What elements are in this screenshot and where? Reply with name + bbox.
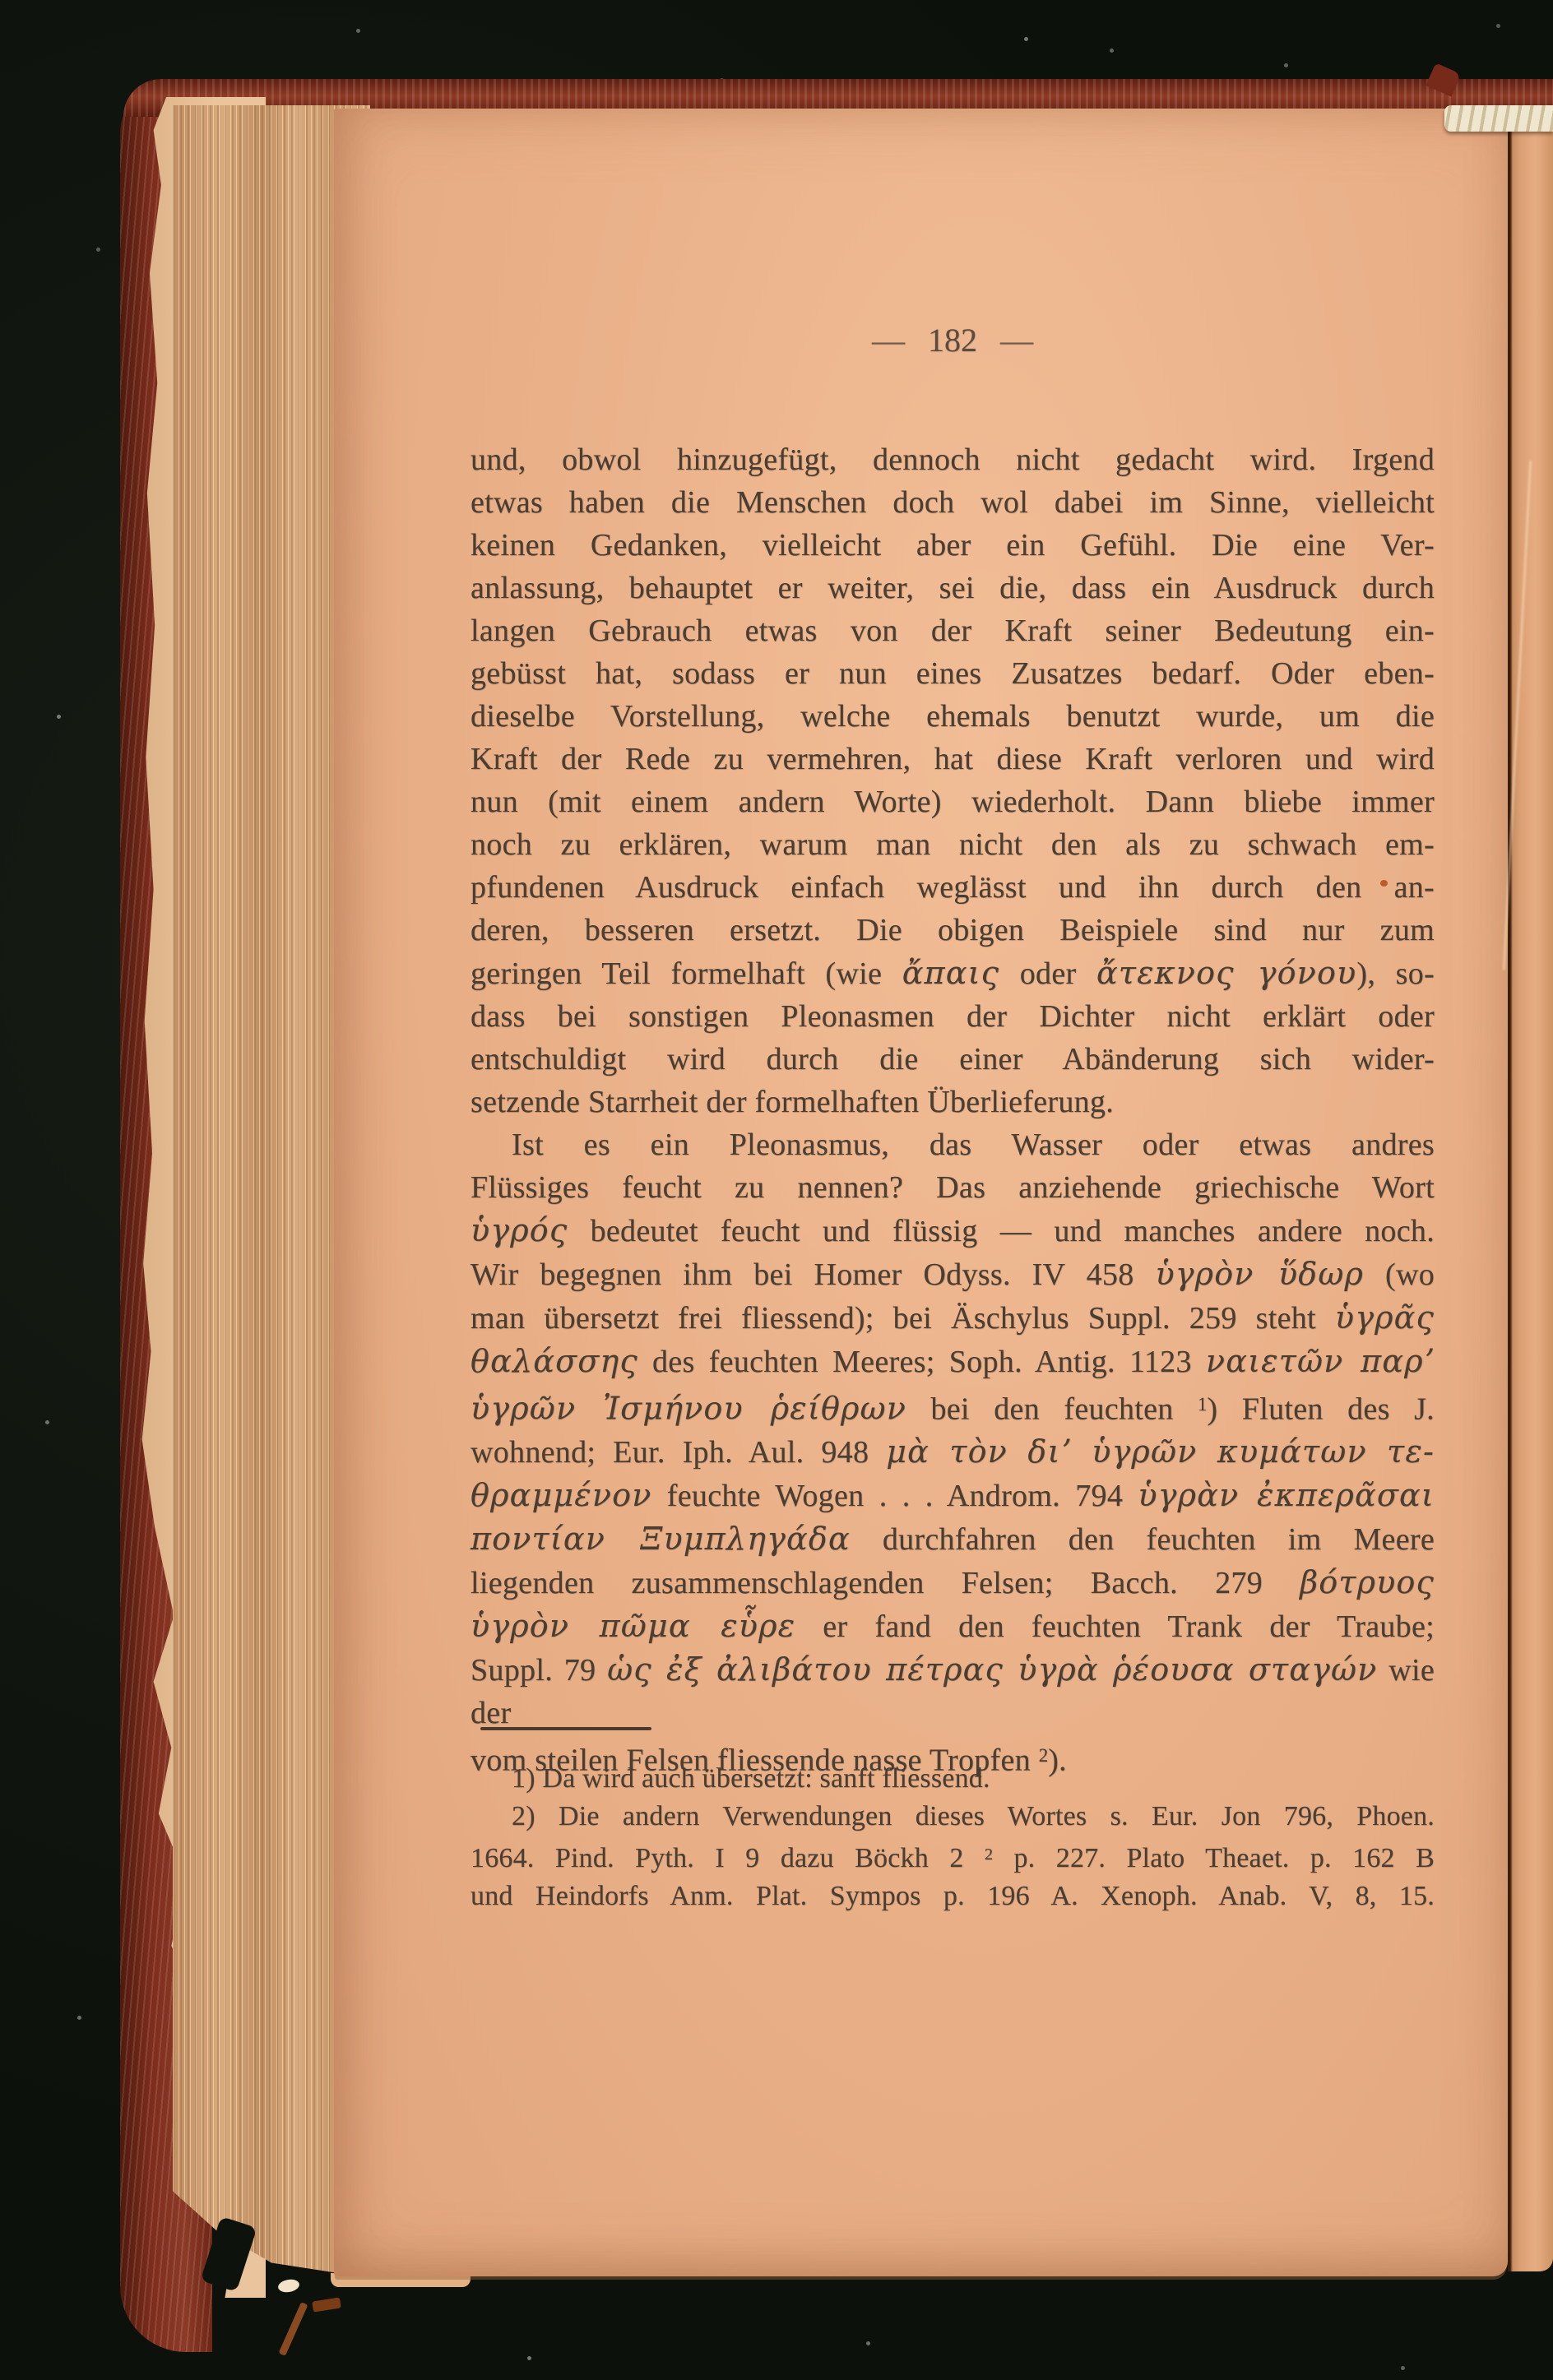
body-text-line: ὑγρῶν Ἰσμήνου ῥείθρων bei den feuchten 1… [471,1383,1435,1430]
brown-edge-streak [312,2297,341,2312]
greek-text-segment: ὑγρός [471,1212,568,1248]
body-text-line: etwas haben die Menschen doch wol dabei … [471,481,1435,524]
page-crease-highlight [1503,461,1532,970]
text-segment: noch zu erklären, warum man nicht den al… [471,827,1435,862]
greek-text-segment: ἄτεκνος γόνου [1096,955,1356,991]
footnote-line: 2) Die andern Verwendungen dieses Wortes… [471,1798,1435,1836]
text-segment: langen Gebrauch etwas von der Kraft sein… [471,614,1435,648]
text-segment: 2) Die andern Verwendungen dieses Wortes… [512,1801,1435,1831]
text-segment: p. 227. Plato Theaet. p. 162 B [993,1843,1435,1873]
gutter-spine-strip [1508,107,1553,2271]
text-segment: Suppl. 79 [471,1653,607,1688]
dust-specks [0,0,2,2]
body-text-line: Flüssiges feucht zu nennen? Das anziehen… [471,1166,1435,1209]
text-segment: deren, besseren ersetzt. Die obigen Beis… [471,913,1435,947]
text-segment: des feuchten Meeres; Soph. Antig. 1123 [638,1345,1206,1379]
greek-text-segment: θραμμένον [471,1477,652,1513]
greek-text-segment: ποντίαν Ξυμπληγάδα [471,1521,851,1557]
body-text-line: ὑγρός bedeutet feucht und flüssig — und … [471,1209,1435,1253]
text-segment: wohnend; Eur. Iph. Aul. 948 [471,1435,886,1470]
page-number-dash-right: — [1000,322,1033,359]
page-number-row: —182— [471,322,1435,359]
text-segment: er fand den feuchten Trank der Traube; [795,1609,1435,1644]
greek-text-segment: ὡς ἐξ ἀλιβάτου πέτρας ὑγρὰ ῥέουσα σταγών [607,1651,1377,1688]
brown-ribbon-streak [279,2302,308,2356]
body-text-line: pfundenen Ausdruck einfach weglässt und … [471,866,1435,909]
greek-text-segment: ὑγρὰν ἐκπερᾶσαι [1138,1477,1435,1513]
footnote-line: 1) Da wird auch übersetzt: sanft fliesse… [471,1760,1435,1798]
body-text-line: dass bei sonstigen Pleonasmen der Dichte… [471,995,1435,1038]
text-segment: bei den feuchten [906,1391,1198,1426]
text-segment: 1) Da wird auch übersetzt: sanft fliesse… [512,1763,990,1794]
body-text-line: anlassung, behauptet er weiter, sei die,… [471,567,1435,609]
text-segment: feuchte Wogen . . . Androm. 794 [652,1479,1138,1513]
body-text-line: liegenden zusammenschlagenden Felsen; Ba… [471,1561,1435,1604]
footnote-line: 1664. Pind. Pyth. I 9 dazu Böckh 2 2 p. … [471,1836,1435,1878]
text-segment: setzende Starrheit der formelhaften Über… [471,1085,1114,1119]
text-segment: entschuldigt wird durch die einer Abände… [471,1042,1435,1077]
greek-text-segment: ναιετῶν παρʼ [1206,1343,1435,1379]
body-text-line: setzende Starrheit der formelhaften Über… [471,1081,1435,1123]
text-segment: dass bei sonstigen Pleonasmen der Dichte… [471,999,1435,1034]
body-text-line: Kraft der Rede zu vermehren, hat diese K… [471,738,1435,780]
text-segment: Flüssiges feucht zu nennen? Das anziehen… [471,1170,1435,1205]
text-segment: bedeutet feucht und flüssig — und manche… [568,1214,1435,1248]
body-text-line: langen Gebrauch etwas von der Kraft sein… [471,609,1435,652]
body-text-line: dieselbe Vorstellung, welche ehemals ben… [471,695,1435,738]
greek-text-segment: ὑγρᾶς [1335,1299,1435,1336]
greek-text-segment: ὑγρὸν ὕδωρ [1155,1256,1364,1292]
book-photo-scene: —182— und, obwol hinzugefügt, dennoch ni… [0,0,1553,2380]
book-page: —182— und, obwol hinzugefügt, dennoch ni… [334,109,1508,2276]
text-segment: liegenden zusammenschlagenden Felsen; Ba… [471,1566,1300,1600]
text-segment: 1664. Pind. Pyth. I 9 dazu Böckh 2 [471,1843,985,1873]
footnote-marker-superscript: 1 [1198,1394,1207,1415]
text-segment: ), so- [1356,956,1435,991]
greek-text-segment: ὑγρῶν Ἰσμήνου ῥείθρων [471,1390,906,1426]
text-segment: anlassung, behauptet er weiter, sei die,… [471,571,1435,605]
text-segment: gebüsst hat, sodass er nun eines Zusatze… [471,656,1435,691]
body-text-line: ποντίαν Ξυμπληγάδα durchfahren den feuch… [471,1517,1435,1561]
text-segment: nun (mit einem andern Worte) wiederholt.… [471,785,1435,819]
body-text-line: und, obwol hinzugefügt, dennoch nicht ge… [471,438,1435,481]
body-text-line: ὑγρὸν πῶμα εὗρε er fand den feuchten Tra… [471,1604,1435,1648]
text-segment: ) Fluten des J. [1207,1391,1435,1426]
paper-chip [277,2278,300,2294]
text-segment: Wir begegnen ihm bei Homer Odyss. IV 458 [471,1257,1155,1292]
body-text-block: und, obwol hinzugefügt, dennoch nicht ge… [471,438,1435,1782]
text-segment: Kraft der Rede zu vermehren, hat diese K… [471,742,1435,776]
text-segment: (wo [1364,1257,1435,1292]
body-text-line: keinen Gedanken, vielleicht aber ein Gef… [471,524,1435,567]
greek-text-segment: θαλάσσης [471,1343,638,1379]
body-text-line: Ist es ein Pleonasmus, das Wasser oder e… [471,1123,1435,1166]
footnote-marker-superscript: 2 [985,1845,993,1864]
paper-ink-speck [1380,880,1388,887]
text-segment: durchfahren den feuchten im Meere [851,1522,1435,1557]
footnote-separator-rule [480,1727,651,1730]
book-headband [1444,105,1553,132]
greek-text-segment: μὰ τὸν διʼ ὑγρῶν κυμάτων τε- [886,1433,1435,1470]
greek-text-segment: ὑγρὸν πῶμα εὗρε [471,1608,795,1644]
footnote-line: und Heindorfs Anm. Plat. Sympos p. 196 A… [471,1878,1435,1915]
text-segment: pfundenen Ausdruck einfach weglässt und … [471,870,1435,905]
footnote-text-block: 1) Da wird auch übersetzt: sanft fliesse… [471,1760,1435,1915]
body-text-line: entschuldigt wird durch die einer Abände… [471,1038,1435,1081]
body-text-line: deren, besseren ersetzt. Die obigen Beis… [471,909,1435,952]
text-segment: oder [999,956,1096,991]
body-text-line: Suppl. 79 ὡς ἐξ ἀλιβάτου πέτρας ὑγρὰ ῥέο… [471,1648,1435,1734]
body-text-line: gebüsst hat, sodass er nun eines Zusatze… [471,652,1435,695]
text-segment: etwas haben die Menschen doch wol dabei … [471,485,1435,520]
text-segment: dieselbe Vorstellung, welche ehemals ben… [471,699,1435,734]
text-segment: Ist es ein Pleonasmus, das Wasser oder e… [512,1127,1435,1162]
text-segment: man übersetzt frei fliessend); bei Äschy… [471,1301,1335,1336]
text-segment: keinen Gedanken, vielleicht aber ein Gef… [471,528,1435,563]
body-text-line: nun (mit einem andern Worte) wiederholt.… [471,780,1435,823]
greek-text-segment: ἄπαις [902,955,999,991]
page-number-dash-left: — [872,322,905,359]
body-text-line: wohnend; Eur. Iph. Aul. 948 μὰ τὸν διʼ ὑ… [471,1430,1435,1474]
page-number: 182 [928,322,977,359]
greek-text-segment: βότρυος [1300,1564,1435,1600]
text-segment: geringen Teil formelhaft (wie [471,956,902,991]
text-segment: und Heindorfs Anm. Plat. Sympos p. 196 A… [471,1881,1435,1911]
body-text-line: Wir begegnen ihm bei Homer Odyss. IV 458… [471,1253,1435,1296]
body-text-line: man übersetzt frei fliessend); bei Äschy… [471,1296,1435,1340]
body-text-line: θραμμένον feuchte Wogen . . . Androm. 79… [471,1474,1435,1517]
body-text-line: noch zu erklären, warum man nicht den al… [471,823,1435,866]
body-text-line: θαλάσσης des feuchten Meeres; Soph. Anti… [471,1340,1435,1383]
body-text-line: geringen Teil formelhaft (wie ἄπαις oder… [471,952,1435,995]
text-segment: und, obwol hinzugefügt, dennoch nicht ge… [471,442,1435,477]
